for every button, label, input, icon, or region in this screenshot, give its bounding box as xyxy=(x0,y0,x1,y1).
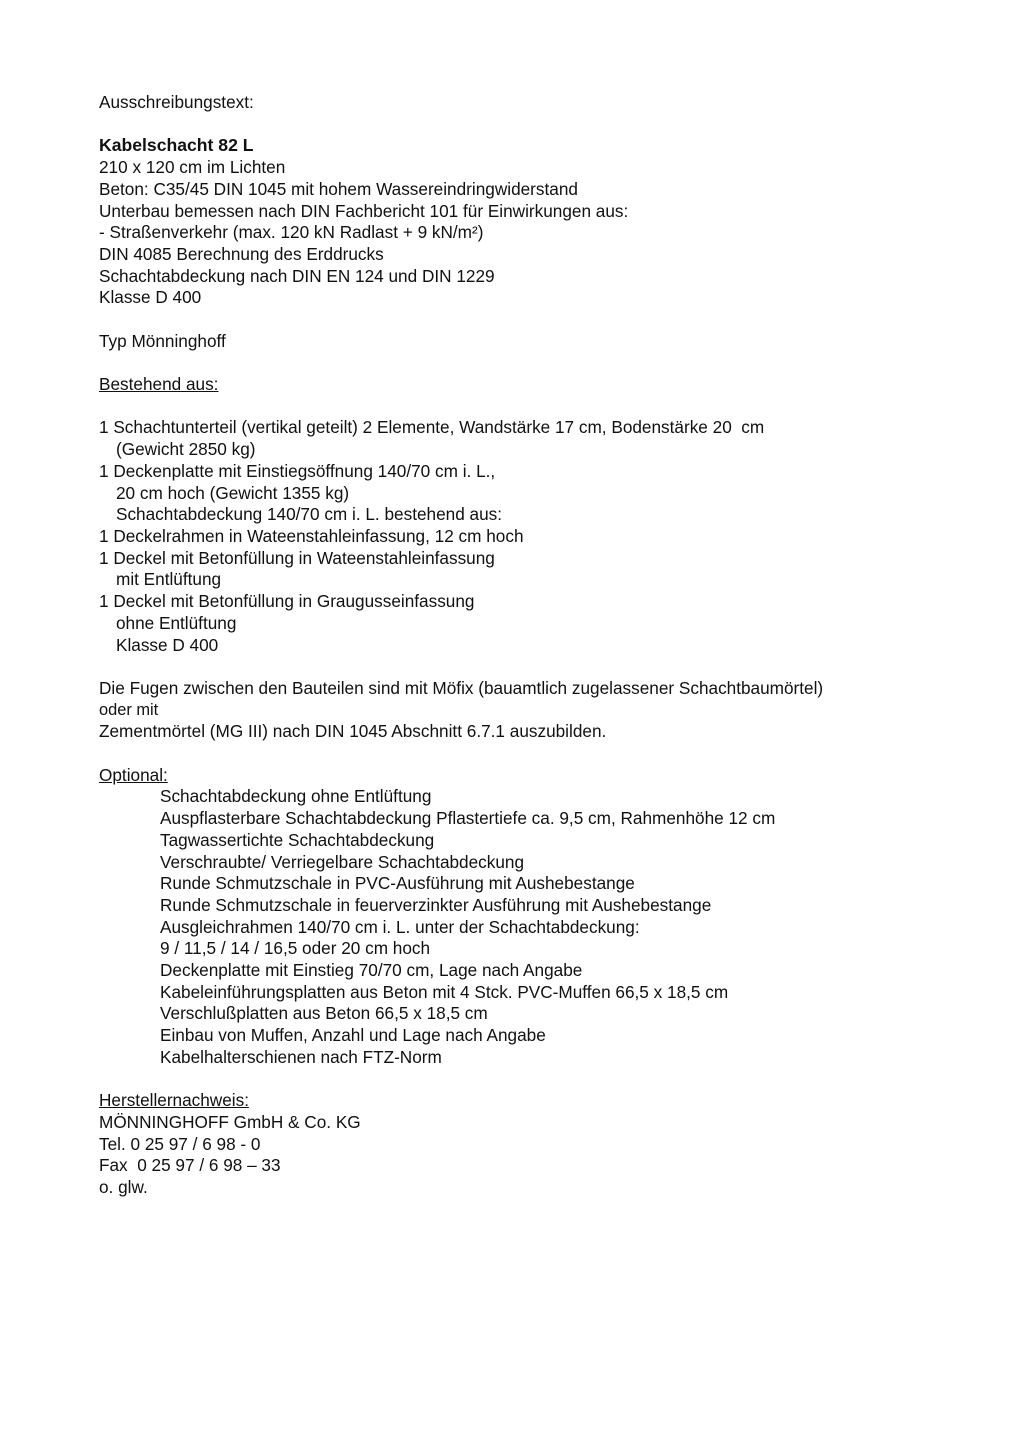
optional-item: Kabelhalterschienen nach FTZ-Norm xyxy=(99,1047,979,1069)
joints-line: Zementmörtel (MG III) nach DIN 1045 Absc… xyxy=(99,721,979,743)
manufacturer-name: MÖNNINGHOFF GmbH & Co. KG xyxy=(99,1112,979,1134)
manufacturer-fax: Fax 0 25 97 / 6 98 – 33 xyxy=(99,1155,979,1177)
optional-list: Schachtabdeckung ohne EntlüftungAuspflas… xyxy=(99,786,979,1068)
optional-item: Deckenplatte mit Einstieg 70/70 cm, Lage… xyxy=(99,960,979,982)
spec-line: Unterbau bemessen nach DIN Fachbericht 1… xyxy=(99,201,979,223)
document-page: Ausschreibungstext: Kabelschacht 82 L 21… xyxy=(99,92,979,1199)
optional-item: 9 / 11,5 / 14 / 16,5 oder 20 cm hoch xyxy=(99,938,979,960)
component-item: 1 Deckel mit Betonfüllung in Graugussein… xyxy=(99,591,979,613)
component-item: mit Entlüftung xyxy=(99,569,979,591)
optional-item: Tagwassertichte Schachtabdeckung xyxy=(99,830,979,852)
optional-item: Runde Schmutzschale in feuerverzinkter A… xyxy=(99,895,979,917)
optional-heading: Optional: xyxy=(99,765,168,785)
component-item: ohne Entlüftung xyxy=(99,613,979,635)
optional-item: Verschraubte/ Verriegelbare Schachtabdec… xyxy=(99,852,979,874)
spec-line: Klasse D 400 xyxy=(99,287,979,309)
optional-item: Runde Schmutzschale in PVC-Ausführung mi… xyxy=(99,873,979,895)
component-item: (Gewicht 2850 kg) xyxy=(99,439,979,461)
spec-line: Schachtabdeckung nach DIN EN 124 und DIN… xyxy=(99,266,979,288)
manufacturer-heading: Herstellernachweis: xyxy=(99,1090,249,1110)
optional-item: Ausgleichrahmen 140/70 cm i. L. unter de… xyxy=(99,917,979,939)
component-item: 1 Deckel mit Betonfüllung in Wateenstahl… xyxy=(99,548,979,570)
type-line: Typ Mönninghoff xyxy=(99,331,979,353)
joints-line: Die Fugen zwischen den Bauteilen sind mi… xyxy=(99,678,979,700)
spec-line: DIN 4085 Berechnung des Erddrucks xyxy=(99,244,979,266)
optional-item: Auspflasterbare Schachtabdeckung Pflaste… xyxy=(99,808,979,830)
component-item: Klasse D 400 xyxy=(99,635,979,657)
document-header: Ausschreibungstext: xyxy=(99,92,979,114)
optional-item: Kabeleinführungsplatten aus Beton mit 4 … xyxy=(99,982,979,1004)
optional-item: Verschlußplatten aus Beton 66,5 x 18,5 c… xyxy=(99,1003,979,1025)
component-item: 1 Deckenplatte mit Einstiegsöffnung 140/… xyxy=(99,461,979,483)
component-item: 1 Deckelrahmen in Wateenstahleinfassung,… xyxy=(99,526,979,548)
spec-line: - Straßenverkehr (max. 120 kN Radlast + … xyxy=(99,222,979,244)
component-item: 1 Schachtunterteil (vertikal geteilt) 2 … xyxy=(99,417,979,439)
spec-line: Beton: C35/45 DIN 1045 mit hohem Wassere… xyxy=(99,179,979,201)
optional-item: Einbau von Muffen, Anzahl und Lage nach … xyxy=(99,1025,979,1047)
joints-line: oder mit xyxy=(99,700,979,722)
component-item: Schachtabdeckung 140/70 cm i. L. bestehe… xyxy=(99,504,979,526)
optional-item: Schachtabdeckung ohne Entlüftung xyxy=(99,786,979,808)
manufacturer-tel: Tel. 0 25 97 / 6 98 - 0 xyxy=(99,1134,979,1156)
manufacturer-note: o. glw. xyxy=(99,1177,979,1199)
component-item: 20 cm hoch (Gewicht 1355 kg) xyxy=(99,483,979,505)
components-list: 1 Schachtunterteil (vertikal geteilt) 2 … xyxy=(99,417,979,656)
spec-line: 210 x 120 cm im Lichten xyxy=(99,157,979,179)
document-title: Kabelschacht 82 L xyxy=(99,135,979,157)
components-heading: Bestehend aus: xyxy=(99,374,218,394)
